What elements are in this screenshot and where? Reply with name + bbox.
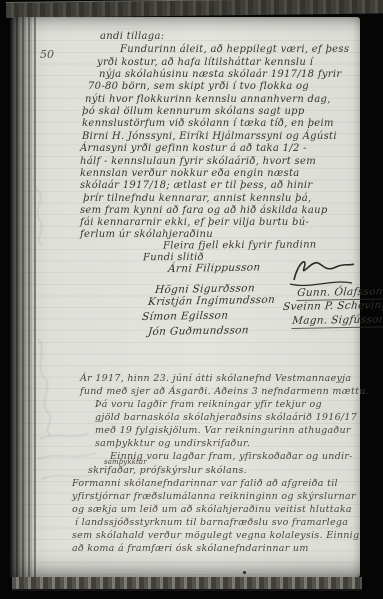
closing-line: Fundi slitið — [143, 252, 204, 263]
book-edge-top — [6, 0, 383, 18]
closing-line: Fleira fjell ekki fyrir fundinn — [163, 239, 317, 251]
manuscript-line: yfirstjórnar fræðslumálanna reikninginn … — [72, 491, 356, 502]
signature: Magn. Sigfússon — [291, 314, 383, 329]
manuscript-line: skrifaðar, prófskýrslur skólans. — [88, 465, 247, 476]
manuscript-line: Árnasyni yrði gefinn kostur á að taka 1/… — [80, 143, 307, 154]
manuscript-line: fund með sjer að Ásgarði. Aðeins 3 nefnd… — [80, 386, 369, 397]
manuscript-line: þó skal öllum kennurum skólans sagt upp — [82, 106, 305, 117]
manuscript-line: Þá voru lagðir fram reikningar yfir tekj… — [95, 399, 322, 410]
manuscript-line: nýja skólahúsinu næsta skólaár 1917/18 f… — [99, 69, 341, 80]
manuscript-line: andi tillaga: — [100, 31, 164, 42]
manuscript-line: 70-80 börn, sem skipt yrði í tvo flokka … — [88, 81, 309, 92]
manuscript-line: þrír tilnefndu kennarar, annist kennslu … — [83, 193, 312, 204]
page-number: 50 — [40, 48, 54, 61]
manuscript-line: Formanni skólanefndarinnar var falið að … — [72, 478, 338, 489]
signature: Símon Egilsson — [142, 310, 229, 323]
signature: Kristján Ingimundsson — [148, 295, 276, 308]
manuscript-line: kennslustörfum við skólann í tæka tíð, e… — [82, 118, 334, 129]
manuscript-line: fái kennararnir ekki, ef þeir vilja burt… — [80, 217, 309, 228]
manuscript-line: samþykktur og undirskrifaður. — [95, 438, 250, 449]
manuscript-line: skólaár 1917/18; ætlast er til þess, að … — [80, 180, 312, 191]
manuscript-line: hálf - kennslulaun fyrir skólaárið, hvor… — [80, 156, 316, 167]
ink-dot-artifact — [243, 571, 246, 574]
manuscript-line: með 19 fylgiskjölum. Var reikningurinn a… — [95, 425, 351, 436]
bleed-through-marks — [28, 337, 72, 437]
signature-secretary: Árni Filippusson — [168, 262, 261, 275]
manuscript-line: kennslan verður nokkur eða engin næsta — [80, 168, 300, 179]
manuscript-line: Ár 1917, hinn 23. júní átti skólanefnd V… — [80, 373, 351, 384]
signature: Jón Guðmundsson — [148, 325, 250, 338]
manuscript-line: sem fram kynni að fara og að hið áskilda… — [80, 205, 328, 216]
signature: Sveinn P. Scheving — [283, 300, 383, 313]
manuscript-line: í landssjóðsstyrknum til barnafræðslu sv… — [75, 517, 348, 528]
manuscript-line: gjöld barnaskóla skólahjeraðsins skólaár… — [95, 412, 357, 423]
manuscript-line: nýti hvor flokkurinn kennslu annanhvern … — [85, 94, 331, 105]
binding-edge — [10, 17, 36, 578]
manuscript-line: Birni H. Jónssyni, Eiríki Hjálmarssyni o… — [82, 131, 337, 142]
signature-flourish — [288, 256, 358, 288]
manuscript-line: yrði kostur, að hafa lítilsháttar kennsl… — [97, 57, 313, 68]
manuscript-line: sem skólahald verður mögulegt vegna kola… — [72, 530, 359, 541]
manuscript-line: Fundurinn áleit, að heppilegt væri, ef þ… — [120, 44, 349, 55]
bleed-through-marks — [24, 157, 64, 247]
manuscript-line: og sækja um leið um að skólahjeraðinu ve… — [72, 504, 352, 515]
manuscript-scan: 50 andi tillaga: Fundurinn áleit, að hep… — [0, 0, 383, 599]
manuscript-line: ferlum úr skólahjeraðinu — [80, 229, 213, 240]
book-edge-bottom — [12, 577, 362, 591]
manuscript-line: að koma á framfæri ósk skólanefndarinnar… — [72, 543, 309, 554]
